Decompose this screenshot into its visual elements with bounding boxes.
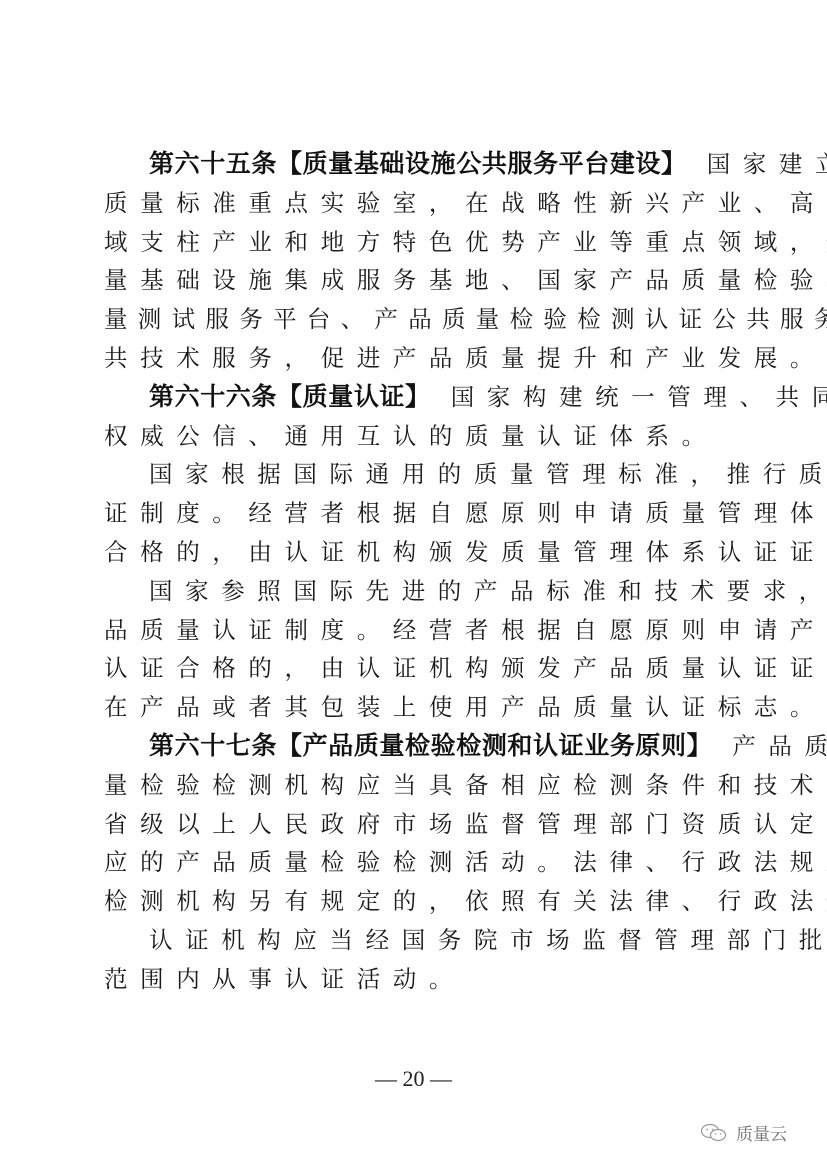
text-line: 在产品或者其包装上使用产品质量认证标志。: [104, 688, 724, 727]
text-line: 共技术服务，促进产品质量提升和产业发展。: [104, 339, 724, 378]
article-number: 第六十五条: [149, 149, 277, 178]
document-page: 第六十五条【质量基础设施公共服务平台建设】 国家建立 质量标准重点实验室，在战略…: [104, 145, 724, 999]
text-line: 检测机构另有规定的，依照有关法律、行政法规的规定执行。: [104, 882, 724, 921]
article-number: 第六十七条: [149, 731, 277, 760]
article-67-line-1: 第六十七条【产品质量检验检测和认证业务原则】 产品质: [104, 727, 724, 766]
article-65-line-1: 第六十五条【质量基础设施公共服务平台建设】 国家建立: [104, 145, 724, 184]
text-run: 国家构建统一管理、共同实施、: [451, 383, 827, 411]
text-line: 量基础设施集成服务基地、国家产品质量检验检测中心、产业计: [104, 261, 724, 300]
text-line: 范围内从事认证活动。: [104, 960, 724, 999]
text-line: 质量标准重点实验室，在战略性新兴产业、高新技术产业、区: [104, 184, 724, 223]
article-66-line-1: 第六十六条【质量认证】 国家构建统一管理、共同实施、: [104, 378, 724, 417]
article-title: 【质量认证】: [277, 382, 431, 411]
text-run: 国家建立: [707, 150, 827, 178]
text-line: 量检验检测机构应当具备相应检测条件和技术能力，并依法经: [104, 766, 724, 805]
text-line: 省级以上人民政府市场监督管理部门资质认定后，方可从事相: [104, 805, 724, 844]
wechat-icon: [700, 1123, 728, 1143]
text-line: 合格的，由认证机构颁发质量管理体系认证证书。: [104, 533, 724, 572]
text-line: 域支柱产业和地方特色优势产业等重点领域，规划建设国家质: [104, 223, 724, 262]
text-line: 应的产品质量检验检测活动。法律、行政法规对产品质量检验: [104, 843, 724, 882]
article-title: 【产品质量检验检测和认证业务原则】: [277, 731, 712, 760]
text-line: 品质量认证制度。经营者根据自愿原则申请产品质量认证。经: [104, 611, 724, 650]
watermark-label: 质量云: [736, 1120, 787, 1145]
page-number: — 20 —: [0, 1066, 827, 1092]
text-line: 权威公信、通用互认的质量认证体系。: [104, 417, 724, 456]
text-line: 证制度。经营者根据自愿原则申请质量管理体系认证。经认证: [104, 494, 724, 533]
watermark: 质量云: [700, 1120, 787, 1145]
text-line: 量测试服务平台、产品质量检验检测认证公共服务平台等，提供公: [104, 300, 724, 339]
text-line: 国家根据国际通用的质量管理标准，推行质量管理体系认: [104, 455, 724, 494]
text-run: 产品质: [732, 732, 827, 760]
text-line: 认证合格的，由认证机构颁发产品质量认证证书，准许经营者: [104, 649, 724, 688]
text-line: 国家参照国际先进的产品标准和技术要求，推行自愿性产: [104, 572, 724, 611]
text-line: 认证机构应当经国务院市场监督管理部门批准，并在批准: [104, 921, 724, 960]
article-title: 【质量基础设施公共服务平台建设】: [277, 149, 687, 178]
article-number: 第六十六条: [149, 382, 277, 411]
